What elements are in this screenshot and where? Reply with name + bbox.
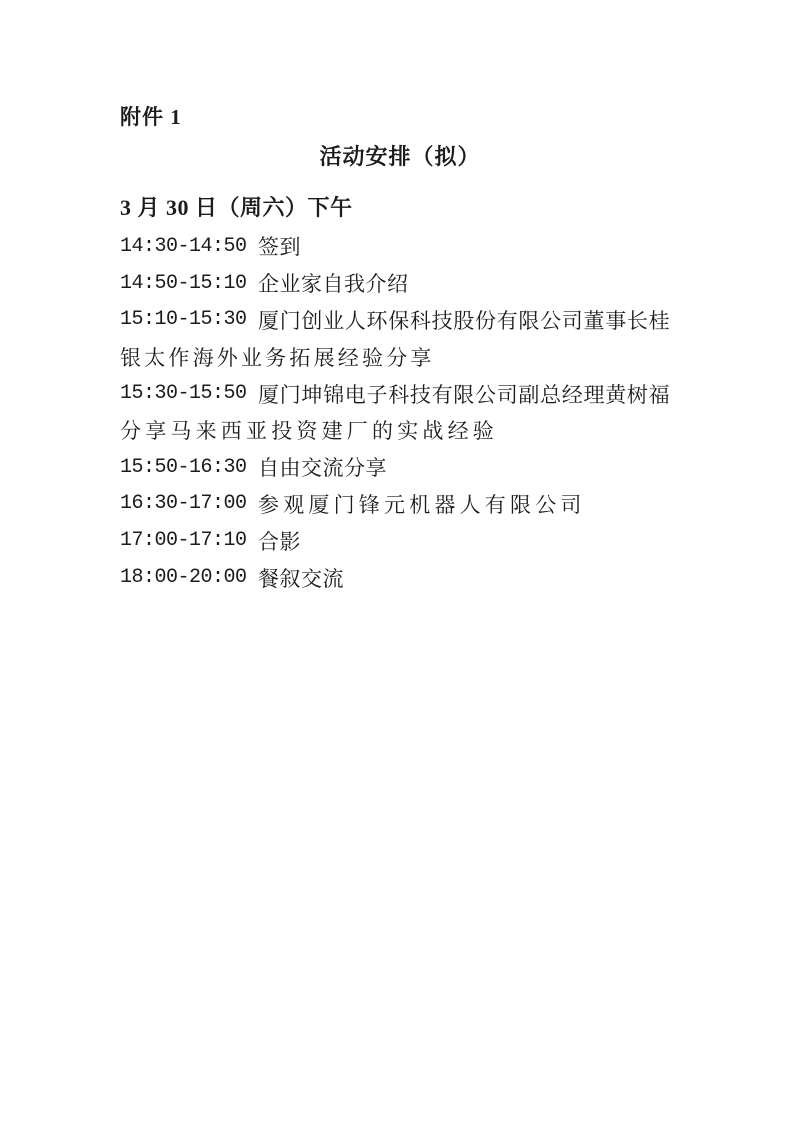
schedule-time: 18:00-20:00 bbox=[120, 566, 258, 589]
schedule-time: 14:30-14:50 bbox=[120, 235, 258, 258]
schedule-row-continuation: 银太作海外业务拓展经验分享 bbox=[120, 338, 682, 375]
schedule-activity: 参观厦门锋元机器人有限公司 bbox=[258, 489, 586, 519]
schedule-activity-continuation: 分享马来西亚投资建厂的实战经验 bbox=[120, 415, 498, 445]
schedule-time: 15:50-16:30 bbox=[120, 456, 258, 479]
schedule-activity: 厦门创业人环保科技股份有限公司董事长桂 bbox=[258, 305, 670, 335]
schedule-activity: 签到 bbox=[258, 231, 301, 261]
schedule-row: 18:00-20:00 餐叙交流 bbox=[120, 559, 682, 596]
schedule-activity: 合影 bbox=[258, 526, 301, 556]
schedule-time: 15:30-15:50 bbox=[120, 382, 258, 405]
date-heading: 3 月 30 日（周六）下午 bbox=[120, 191, 353, 222]
document-title: 活动安排（拟） bbox=[120, 140, 680, 171]
schedule-activity: 餐叙交流 bbox=[258, 563, 344, 593]
schedule-time: 17:00-17:10 bbox=[120, 529, 258, 552]
attachment-label: 附件 1 bbox=[120, 101, 182, 131]
schedule-activity: 自由交流分享 bbox=[258, 452, 387, 482]
schedule-list: 14:30-14:50 签到 14:50-15:10 企业家自我介绍 15:10… bbox=[120, 228, 682, 596]
document-page: 附件 1 活动安排（拟） 3 月 30 日（周六）下午 14:30-14:50 … bbox=[0, 0, 800, 1131]
schedule-row-continuation: 分享马来西亚投资建厂的实战经验 bbox=[120, 412, 682, 449]
schedule-row: 17:00-17:10 合影 bbox=[120, 522, 682, 559]
schedule-row: 15:50-16:30 自由交流分享 bbox=[120, 449, 682, 486]
schedule-time: 16:30-17:00 bbox=[120, 492, 258, 515]
schedule-row: 15:30-15:50 厦门坤锦电子科技有限公司副总经理黄树福 bbox=[120, 375, 682, 412]
schedule-activity-continuation: 银太作海外业务拓展经验分享 bbox=[120, 342, 435, 372]
schedule-time: 14:50-15:10 bbox=[120, 272, 258, 295]
schedule-activity: 企业家自我介绍 bbox=[258, 268, 409, 298]
schedule-row: 14:30-14:50 签到 bbox=[120, 228, 682, 265]
schedule-activity: 厦门坤锦电子科技有限公司副总经理黄树福 bbox=[258, 379, 670, 409]
schedule-time: 15:10-15:30 bbox=[120, 308, 258, 331]
schedule-row: 14:50-15:10 企业家自我介绍 bbox=[120, 265, 682, 302]
schedule-row: 15:10-15:30 厦门创业人环保科技股份有限公司董事长桂 bbox=[120, 302, 682, 339]
schedule-row: 16:30-17:00 参观厦门锋元机器人有限公司 bbox=[120, 486, 682, 523]
